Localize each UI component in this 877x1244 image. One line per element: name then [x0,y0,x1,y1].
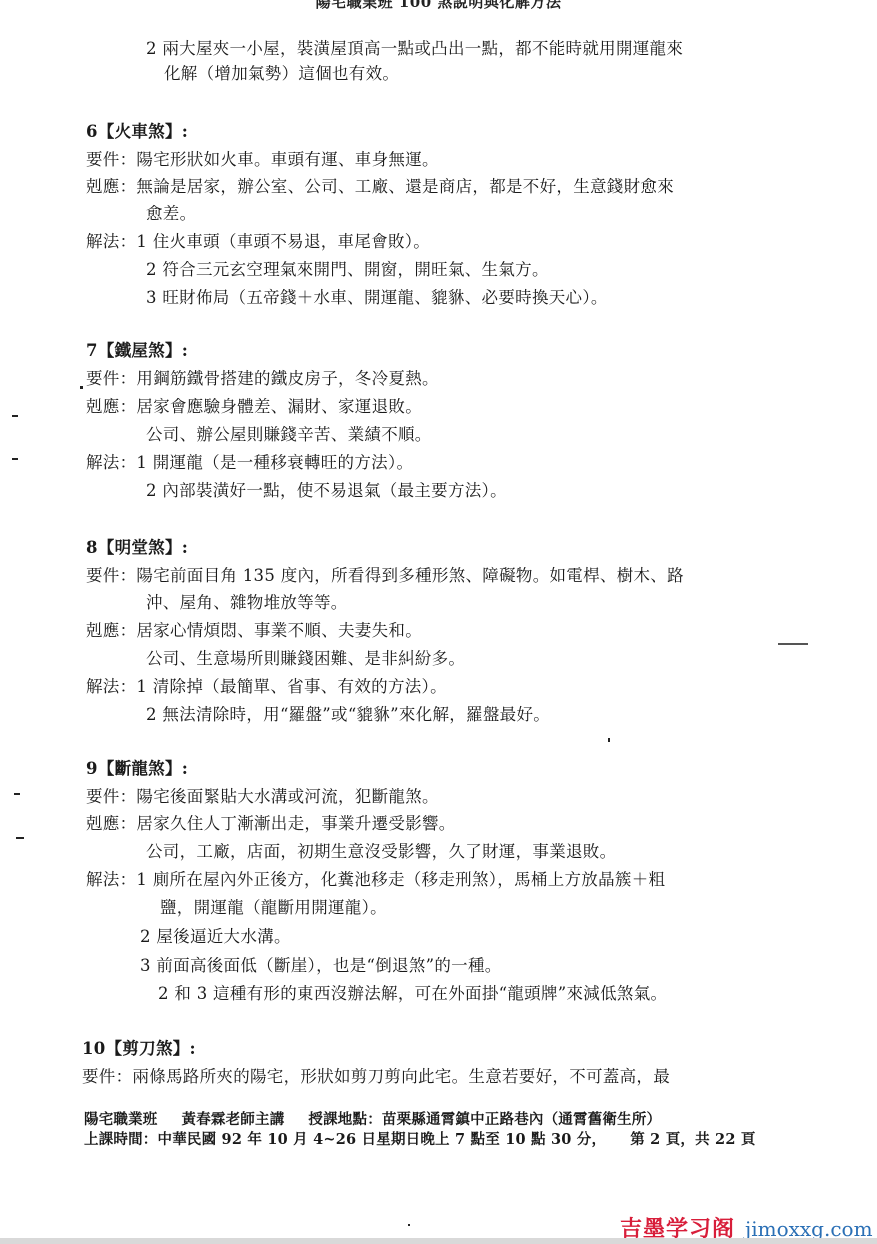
keying-label: 剋應： [86,176,136,198]
scan-speck [12,415,18,417]
section-7-yaojian: 要件：用鋼筋鐵骨搭建的鐵皮房子，冬冷夏熱。 [86,368,439,390]
section-8-yaojian-cont: 沖、屋角、雜物堆放等等。 [146,592,348,614]
scan-speck [408,1224,410,1226]
yaojian-text: 陽宅後面緊貼大水溝或河流，犯斷龍煞。 [136,787,438,806]
intro-line-1: 2 兩大屋夾一小屋，裝潢屋頂高一點或凸出一點，都不能時就用開運龍來 [146,38,683,60]
section-9-jiefa: 解法：1 廁所在屋內外正後方，化糞池移走（移走刑煞），馬桶上方放晶簇＋粗 [86,869,665,891]
section-8-keying: 剋應：居家心情煩悶、事業不順、夫妻失和。 [86,620,422,642]
document-page: 陽宅職業班 100 煞說明與化解方法 2 兩大屋夾一小屋，裝潢屋頂高一點或凸出一… [0,0,877,1244]
jiefa-text: 1 清除掉（最簡單、省事、有效的方法）。 [136,677,447,696]
section-7-heading: 7【鐵屋煞】: [86,340,188,362]
keying-label: 剋應： [86,620,136,642]
section-9-jiefa-2: 2 屋後逼近大水溝。 [140,926,291,948]
yaojian-text: 兩條馬路所夾的陽宅，形狀如剪刀剪向此宅。生意若要好，不可蓋高，最 [132,1067,670,1086]
jiefa-text: 1 住火車頭（車頭不易退，車尾會敗）。 [136,232,430,251]
yaojian-label: 要件： [86,368,136,390]
jiefa-label: 解法： [86,452,136,474]
section-10-heading: 10【剪刀煞】: [82,1038,196,1060]
bottom-edge-bar [0,1238,877,1244]
footer-schedule: 上課時間：中華民國 92 年 10 月 4~26 日星期日晚上 7 點至 10 … [84,1128,780,1149]
yaojian-label: 要件： [86,786,136,808]
yaojian-text: 陽宅前面目角 135 度內，所看得到多種形煞、障礙物。如電桿、樹木、路 [136,566,683,585]
keying-text: 無論是居家，辦公室、公司、工廠、還是商店，都是不好，生意錢財愈來 [136,177,674,196]
yaojian-label: 要件： [86,565,136,587]
section-8-jiefa: 解法：1 清除掉（最簡單、省事、有效的方法）。 [86,676,447,698]
footer-teacher: 黃春霖老師主講 [182,1111,285,1128]
jiefa-label: 解法： [86,231,136,253]
jiefa-text: 1 廁所在屋內外正後方，化糞池移走（移走刑煞），馬桶上方放晶簇＋粗 [136,870,665,889]
footer-course-info: 陽宅職業班黃春霖老師主講授課地點：苗栗縣通霄鎮中正路巷內（通霄舊衛生所） [84,1108,685,1129]
yaojian-label: 要件： [82,1066,132,1088]
footer-class-name: 陽宅職業班 [84,1111,158,1128]
footer-page-number: 第 2 頁，共 22 頁 [630,1131,755,1148]
running-header: 陽宅職業班 100 煞說明與化解方法 [0,0,877,12]
section-7-jiefa-2: 2 內部裝潢好一點，使不易退氣（最主要方法）。 [146,480,507,502]
section-6-yaojian: 要件：陽宅形狀如火車。車頭有運、車身無運。 [86,149,439,171]
section-9-jiefa-cont: 鹽，開運龍（龍斷用開運龍）。 [160,897,387,919]
jiefa-label: 解法： [86,869,136,891]
section-7-keying-2: 公司、辦公屋則賺錢辛苦、業績不順。 [146,424,432,446]
section-6-jiefa: 解法：1 住火車頭（車頭不易退，車尾會敗）。 [86,231,430,253]
keying-label: 剋應： [86,396,136,418]
scan-speck [608,738,610,742]
section-6-jiefa-2: 2 符合三元玄空理氣來開門、開窗，開旺氣、生氣方。 [146,259,549,281]
jiefa-label: 解法： [86,676,136,698]
scan-speck [80,386,83,389]
footer-time: 上課時間：中華民國 92 年 10 月 4~26 日星期日晚上 7 點至 10 … [84,1131,606,1148]
section-8-keying-2: 公司、生意場所則賺錢困難、是非糾紛多。 [146,648,465,670]
jiefa-text: 1 開運龍（是一種移衰轉旺的方法）。 [136,453,413,472]
keying-text: 居家心情煩悶、事業不順、夫妻失和。 [136,621,422,640]
section-8-heading: 8【明堂煞】: [86,537,188,559]
yaojian-text: 用鋼筋鐵骨搭建的鐵皮房子，冬冷夏熱。 [136,369,438,388]
section-7-keying: 剋應：居家會應驗身體差、漏財、家運退敗。 [86,396,422,418]
scan-speck [14,793,20,795]
section-6-keying-cont: 愈差。 [146,203,196,225]
keying-text: 居家久住人丁漸漸出走，事業升遷受影響。 [136,814,455,833]
scan-speck [12,458,18,460]
intro-line-2: 化解（增加氣勢）這個也有效。 [164,63,399,85]
section-9-keying-2: 公司，工廠，店面，初期生意沒受影響，久了財運，事業退敗。 [146,841,616,863]
section-10-yaojian: 要件：兩條馬路所夾的陽宅，形狀如剪刀剪向此宅。生意若要好，不可蓋高，最 [82,1066,670,1088]
section-8-yaojian: 要件：陽宅前面目角 135 度內，所看得到多種形煞、障礙物。如電桿、樹木、路 [86,565,684,587]
section-6-jiefa-3: 3 旺財佈局（五帝錢＋水車、開運龍、貔貅、必要時換天心）。 [146,287,608,309]
section-8-jiefa-2: 2 無法清除時，用“羅盤”或“貔貅”來化解，羅盤最好。 [146,704,550,726]
scan-speck [778,643,808,645]
section-9-heading: 9【斷龍煞】: [86,758,188,780]
yaojian-text: 陽宅形狀如火車。車頭有運、車身無運。 [136,150,438,169]
section-9-jiefa-3: 3 前面高後面低（斷崖），也是“倒退煞”的一種。 [140,955,502,977]
section-9-keying: 剋應：居家久住人丁漸漸出走，事業升遷受影響。 [86,813,456,835]
scan-speck [16,837,24,839]
section-7-jiefa: 解法：1 開運龍（是一種移衰轉旺的方法）。 [86,452,413,474]
section-9-yaojian: 要件：陽宅後面緊貼大水溝或河流，犯斷龍煞。 [86,786,439,808]
section-6-heading: 6【火車煞】: [86,121,188,143]
footer-location: 授課地點：苗栗縣通霄鎮中正路巷內（通霄舊衛生所） [308,1111,661,1128]
section-6-keying: 剋應：無論是居家，辦公室、公司、工廠、還是商店，都是不好，生意錢財愈來 [86,176,674,198]
section-9-jiefa-note: 2 和 3 這種有形的東西沒辦法解，可在外面掛“龍頭牌”來減低煞氣。 [158,983,667,1005]
keying-text: 居家會應驗身體差、漏財、家運退敗。 [136,397,422,416]
yaojian-label: 要件： [86,149,136,171]
keying-label: 剋應： [86,813,136,835]
